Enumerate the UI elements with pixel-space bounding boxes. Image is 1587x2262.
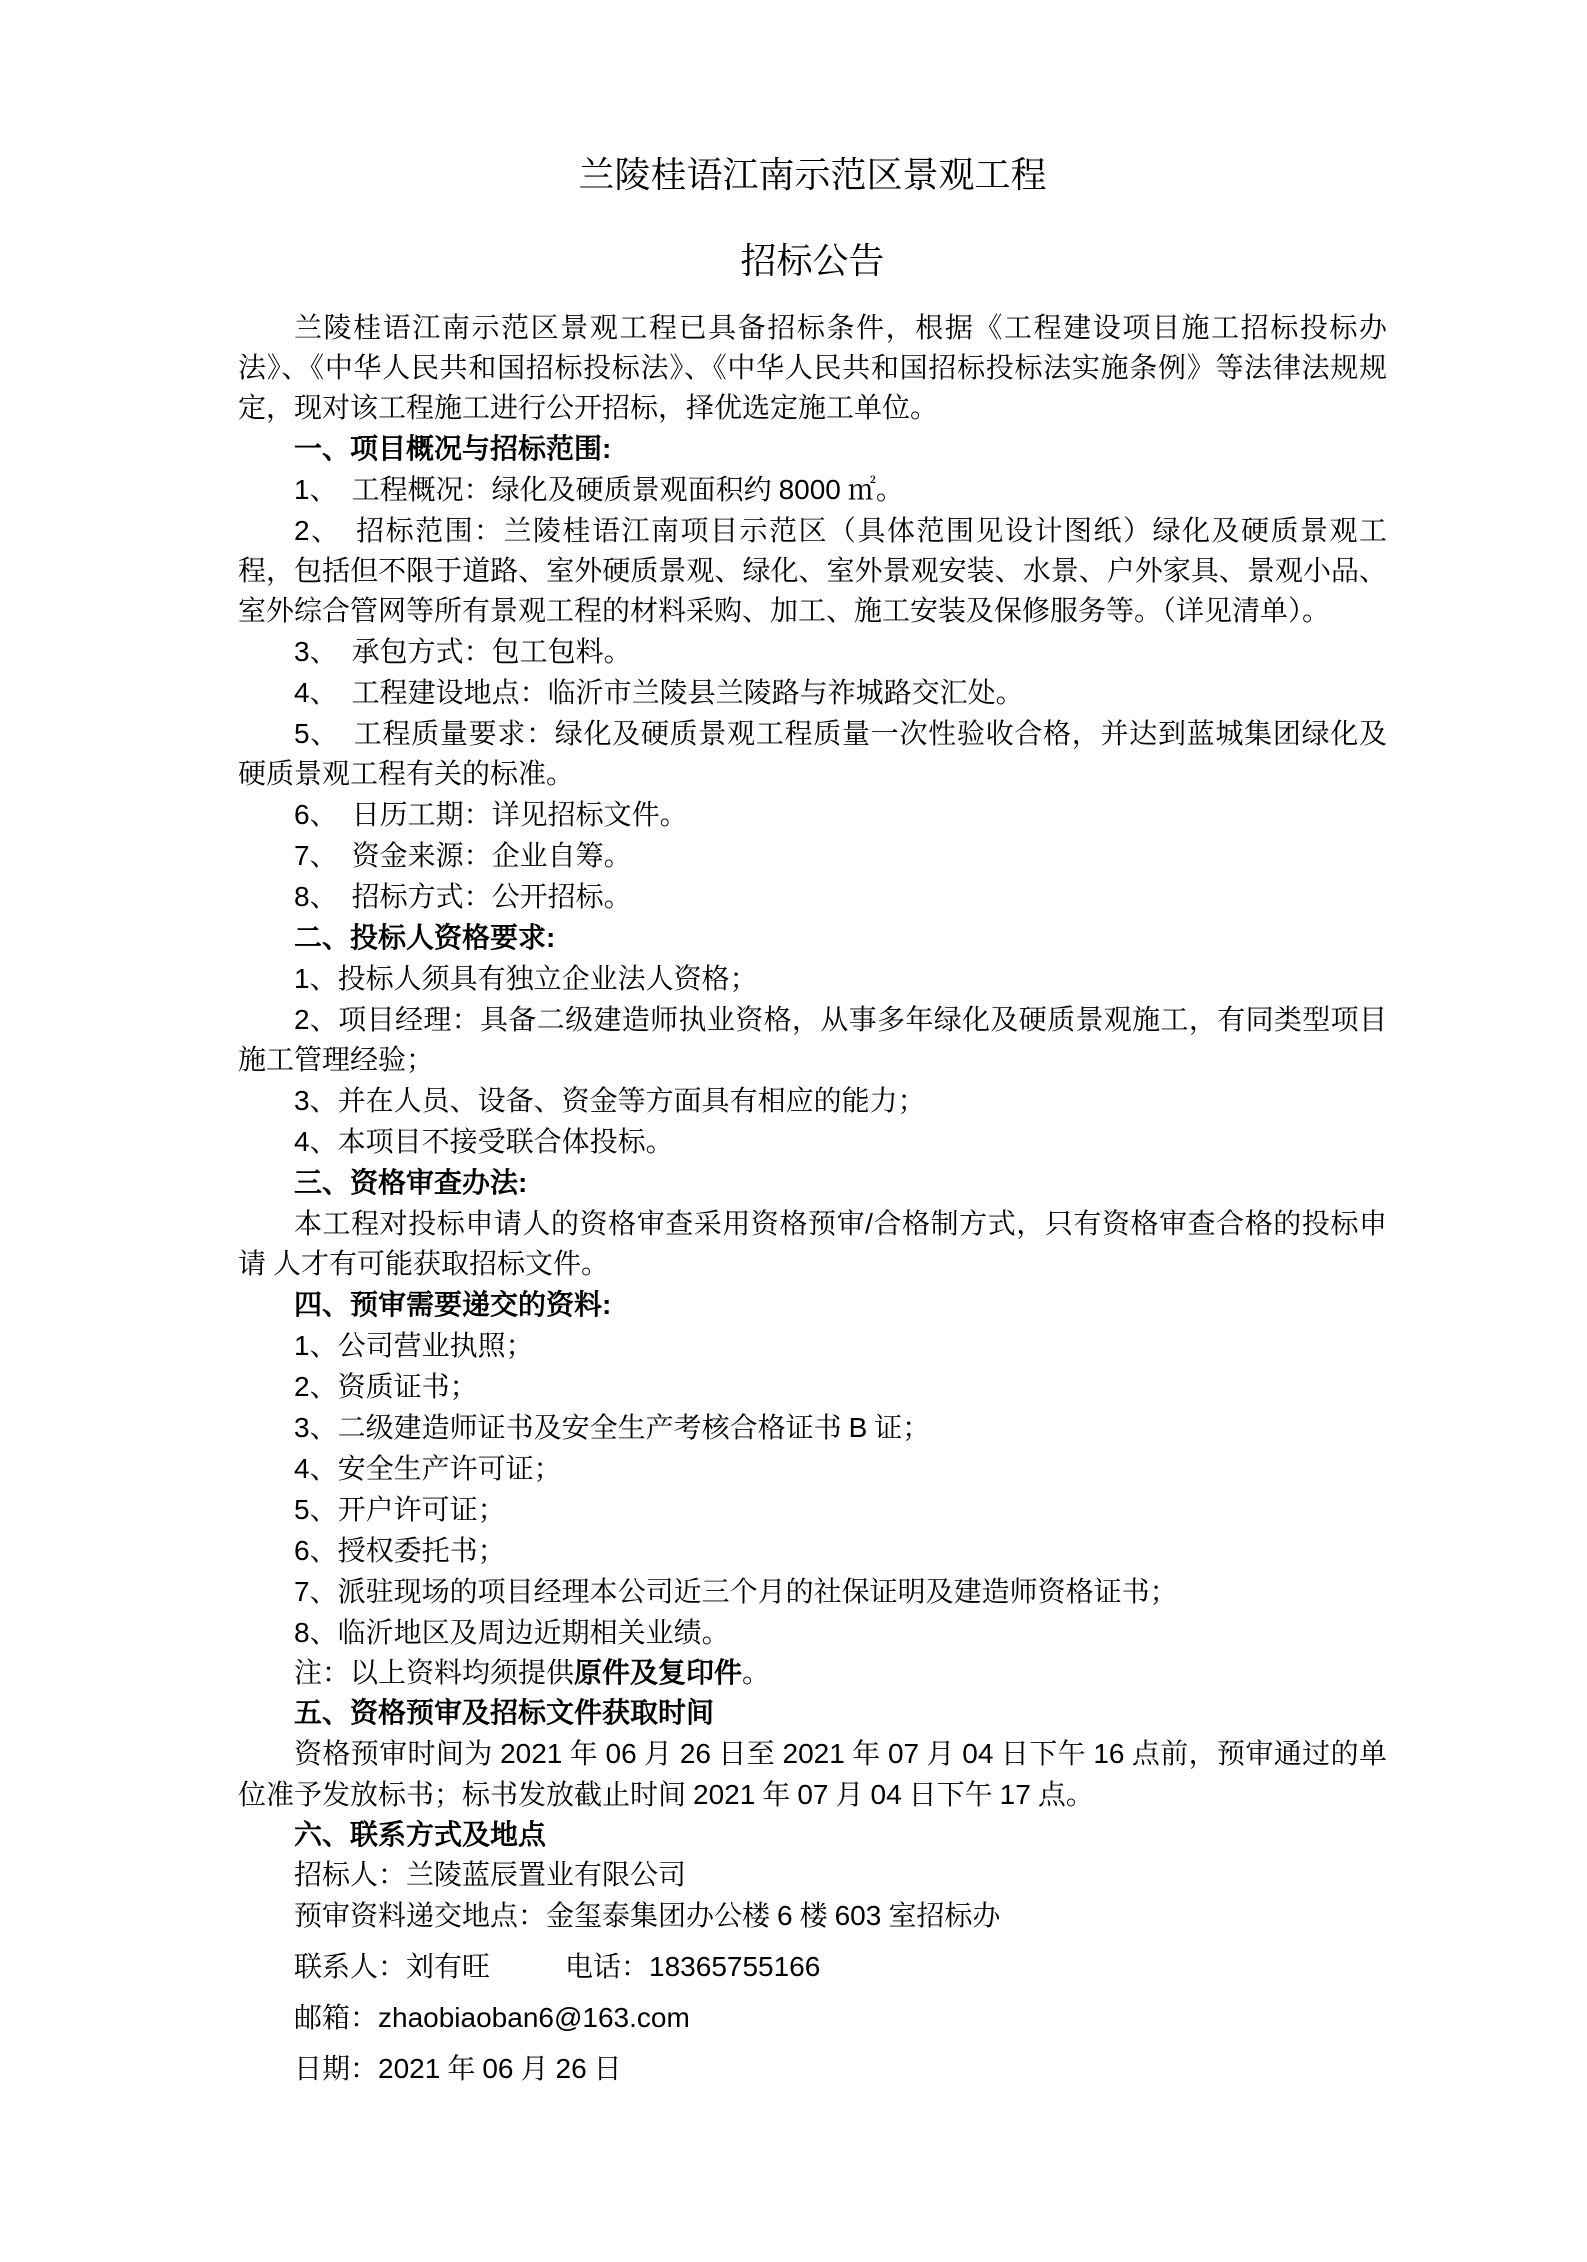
latin-text: 3 — [294, 636, 310, 667]
latin-text: 18365755166 — [649, 1951, 820, 1982]
paragraph: 2、项目经理：具备二级建造师执业资格，从事多年绿化及硬质景观施工，有同类型项目施… — [238, 1000, 1387, 1081]
latin-text: 5 — [294, 1494, 310, 1525]
latin-text: : — [602, 1289, 611, 1320]
text-run: 3、二级建造师证书及安全生产考核合格证书 B 证； — [294, 1413, 930, 1444]
latin-text: 4 — [294, 1126, 310, 1157]
latin-text: 2021 — [693, 1779, 755, 1810]
text-run: 原件及复印件 — [574, 1658, 742, 1689]
text-run: 招标人：兰陵蓝辰置业有限公司 — [294, 1860, 686, 1891]
text-run: 邮箱：zhaobiaoban6@163.com — [294, 2003, 690, 2034]
paragraph: 1、公司营业执照； — [238, 1326, 1387, 1367]
text-run: 3、并在人员、设备、资金等方面具有相应的能力； — [294, 1086, 926, 1117]
latin-text: 603 — [835, 1900, 882, 1931]
text-run: 日期：2021 年 06 月 26 日 — [294, 2054, 622, 2085]
latin-text: 06 — [606, 1738, 637, 1769]
text-run: 注：以上资料均须提供 — [294, 1658, 574, 1689]
paragraph: 3、二级建造师证书及安全生产考核合格证书 B 证； — [238, 1408, 1387, 1449]
latin-text: 6 — [777, 1900, 793, 1931]
latin-text: / — [865, 1208, 873, 1239]
latin-text: 06 — [482, 2053, 513, 2084]
document-title: 兰陵桂语江南示范区景观工程 — [238, 150, 1387, 200]
text-run: 4、 工程建设地点：临沂市兰陵县兰陵路与祚城路交汇处。 — [294, 678, 1024, 709]
latin-text: 04 — [962, 1738, 993, 1769]
latin-text: 26 — [556, 2053, 587, 2084]
latin-text: 1 — [294, 963, 310, 994]
text-run: 1、投标人须具有独立企业法人资格； — [294, 964, 758, 995]
text-run: 1、 工程概况：绿化及硬质景观面积约 8000 ㎡。 — [294, 475, 904, 506]
latin-text: 6 — [294, 1535, 310, 1566]
paragraph: 邮箱：zhaobiaoban6@163.com — [238, 1998, 1387, 2039]
text-run: 8、 招标方式：公开招标。 — [294, 882, 632, 913]
paragraph: 2、资质证书； — [238, 1367, 1387, 1408]
section-heading: 二、投标人资格要求: — [238, 918, 1387, 959]
text-run: 5、 工程质量要求：绿化及硬质景观工程质量一次性验收合格，并达到蓝城集团绿化及硬… — [238, 719, 1387, 790]
latin-text: 04 — [871, 1779, 902, 1810]
section-heading: 一、项目概况与招标范围: — [238, 429, 1387, 470]
text-run: 四、预审需要递交的资料: — [294, 1290, 611, 1321]
text-run: 2、资质证书； — [294, 1372, 478, 1403]
text-run: 6、授权委托书； — [294, 1536, 506, 1567]
latin-text: 7 — [294, 840, 310, 871]
latin-text: 2021 — [378, 2053, 440, 2084]
latin-text: 7 — [294, 1576, 310, 1607]
latin-text: 17 — [1000, 1779, 1031, 1810]
latin-text: 8 — [294, 1617, 310, 1648]
text-run: 5、开户许可证； — [294, 1495, 506, 1526]
paragraph: 3、 承包方式：包工包料。 — [238, 632, 1387, 673]
latin-text: 2 — [294, 515, 310, 546]
text-run: 7、 资金来源：企业自筹。 — [294, 841, 632, 872]
paragraph: 预审资料递交地点：金玺泰集团办公楼 6 楼 603 室招标办 — [238, 1896, 1387, 1937]
text-run: 二、投标人资格要求: — [294, 923, 555, 954]
latin-text: 2 — [294, 1371, 310, 1402]
latin-text: 2021 — [783, 1738, 845, 1769]
latin-text: 2021 — [500, 1738, 562, 1769]
latin-text: 26 — [680, 1738, 711, 1769]
paragraph: 联系人：刘有旺电话：18365755166 — [238, 1947, 1387, 1988]
latin-text: 8 — [294, 881, 310, 912]
section-heading: 六、联系方式及地点 — [238, 1816, 1387, 1856]
paragraph: 7、派驻现场的项目经理本公司近三个月的社保证明及建造师资格证书； — [238, 1572, 1387, 1613]
paragraph: 2、 招标范围：兰陵桂语江南项目示范区（具体范围见设计图纸）绿化及硬质景观工程，… — [238, 511, 1387, 632]
text-run: 2、项目经理：具备二级建造师执业资格，从事多年绿化及硬质景观施工，有同类型项目施… — [238, 1005, 1387, 1076]
text-run: 联系人：刘有旺 — [294, 1952, 490, 1983]
latin-text: : — [546, 922, 555, 953]
paragraph: 4、安全生产许可证； — [238, 1449, 1387, 1490]
latin-text: 5 — [294, 718, 310, 749]
latin-text: 16 — [1093, 1738, 1124, 1769]
text-run: 1、公司营业执照； — [294, 1331, 534, 1362]
paragraph: 日期：2021 年 06 月 26 日 — [238, 2049, 1387, 2090]
paragraph: 6、授权委托书； — [238, 1531, 1387, 1572]
latin-text: 3 — [294, 1085, 310, 1116]
paragraph: 注：以上资料均须提供原件及复印件。 — [238, 1654, 1387, 1694]
latin-text: 1 — [294, 1330, 310, 1361]
latin-text: zhaobiaoban6@163.com — [378, 2002, 690, 2033]
latin-text: B — [849, 1412, 868, 1443]
text-run: 8、临沂地区及周边近期相关业绩。 — [294, 1618, 730, 1649]
document-subtitle: 招标公告 — [238, 236, 1387, 286]
paragraph: 6、 日历工期：详见招标文件。 — [238, 795, 1387, 836]
section-heading: 五、资格预审及招标文件获取时间 — [238, 1694, 1387, 1734]
latin-text: 2 — [294, 1004, 310, 1035]
document-page: 兰陵桂语江南示范区景观工程 招标公告 兰陵桂语江南示范区景观工程已具备招标条件，… — [0, 0, 1587, 2262]
paragraph: 7、 资金来源：企业自筹。 — [238, 836, 1387, 877]
text-run: 本工程对投标申请人的资格审查采用资格预审/合格制方式，只有资格审查合格的投标申请… — [238, 1209, 1387, 1280]
paragraph: 8、 招标方式：公开招标。 — [238, 877, 1387, 918]
text-run: 。 — [742, 1658, 770, 1689]
document-body: 兰陵桂语江南示范区景观工程已具备招标条件，根据《工程建设项目施工招标投标办法》、… — [238, 309, 1387, 2090]
section-heading: 三、资格审查办法: — [238, 1163, 1387, 1204]
text-run: 4、安全生产许可证； — [294, 1454, 562, 1485]
latin-text: 6 — [294, 799, 310, 830]
latin-text: : — [518, 1167, 527, 1198]
latin-text: 1 — [294, 474, 310, 505]
text-run: 三、资格审查办法: — [294, 1168, 527, 1199]
paragraph: 兰陵桂语江南示范区景观工程已具备招标条件，根据《工程建设项目施工招标投标办法》、… — [238, 309, 1387, 429]
paragraph: 本工程对投标申请人的资格审查采用资格预审/合格制方式，只有资格审查合格的投标申请… — [238, 1204, 1387, 1285]
paragraph: 5、 工程质量要求：绿化及硬质景观工程质量一次性验收合格，并达到蓝城集团绿化及硬… — [238, 714, 1387, 795]
text-run: 3、 承包方式：包工包料。 — [294, 637, 632, 668]
latin-text: 07 — [888, 1738, 919, 1769]
text-run: 资格预审时间为 2021 年 06 月 26 日至 2021 年 07 月 04… — [238, 1739, 1387, 1811]
text-run: 六、联系方式及地点 — [294, 1820, 546, 1851]
latin-text: : — [602, 433, 611, 464]
text-run: 电话：18365755166 — [565, 1952, 820, 1983]
paragraph: 5、开户许可证； — [238, 1490, 1387, 1531]
paragraph: 4、 工程建设地点：临沂市兰陵县兰陵路与祚城路交汇处。 — [238, 673, 1387, 714]
latin-text: 3 — [294, 1412, 310, 1443]
paragraph: 8、临沂地区及周边近期相关业绩。 — [238, 1613, 1387, 1654]
text-run: 4、本项目不接受联合体投标。 — [294, 1127, 674, 1158]
paragraph: 招标人：兰陵蓝辰置业有限公司 — [238, 1856, 1387, 1896]
paragraph: 1、 工程概况：绿化及硬质景观面积约 8000 ㎡。 — [238, 470, 1387, 511]
text-run: 五、资格预审及招标文件获取时间 — [294, 1698, 714, 1729]
paragraph: 1、投标人须具有独立企业法人资格； — [238, 959, 1387, 1000]
latin-text: 4 — [294, 677, 310, 708]
section-heading: 四、预审需要递交的资料: — [238, 1285, 1387, 1326]
paragraph: 资格预审时间为 2021 年 06 月 26 日至 2021 年 07 月 04… — [238, 1734, 1387, 1816]
latin-text: 07 — [797, 1779, 828, 1810]
text-run: 一、项目概况与招标范围: — [294, 434, 611, 465]
latin-text: 4 — [294, 1453, 310, 1484]
text-run: 7、派驻现场的项目经理本公司近三个月的社保证明及建造师资格证书； — [294, 1577, 1178, 1608]
text-run: 6、 日历工期：详见招标文件。 — [294, 800, 688, 831]
paragraph: 4、本项目不接受联合体投标。 — [238, 1122, 1387, 1163]
latin-text: 8000 — [779, 474, 841, 505]
text-run: 预审资料递交地点：金玺泰集团办公楼 6 楼 603 室招标办 — [294, 1901, 1000, 1932]
text-run: 兰陵桂语江南示范区景观工程已具备招标条件，根据《工程建设项目施工招标投标办法》、… — [238, 313, 1387, 424]
paragraph: 3、并在人员、设备、资金等方面具有相应的能力； — [238, 1081, 1387, 1122]
text-run: 2、 招标范围：兰陵桂语江南项目示范区（具体范围见设计图纸）绿化及硬质景观工程，… — [238, 516, 1387, 627]
